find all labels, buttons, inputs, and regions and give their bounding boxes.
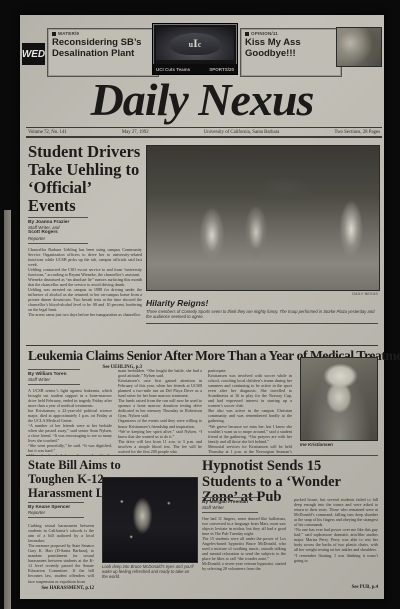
uic-cap-photo: uIc (156, 27, 234, 60)
teaser-thumbnail-photo (336, 27, 382, 67)
comedy-caption-title: Hilarity Reigns! (146, 298, 378, 308)
teaser-sports[interactable]: uIc UCI Cuts Teams SPORTS/20 (152, 23, 238, 75)
teaser-water-title: Reconsidering SB’s Desalination Plant (52, 38, 154, 59)
story-uehling: Student Drivers Take Uehling to ‘Officia… (28, 143, 142, 370)
leukemia-col3: participate. Kristiansen was involved wi… (208, 368, 292, 456)
teaser-water[interactable]: WATER/9 Reconsidering SB’s Desalination … (47, 28, 159, 77)
harassment-body: Curbing sexual harassment between studen… (28, 523, 94, 585)
leukemia-col2: main bedridden. “She fought the battle, … (118, 368, 202, 456)
pub-col1: By Morgan Freeman Staff Writer One had 1… (202, 495, 286, 592)
masthead-title: Daily Nexus (20, 77, 384, 123)
dateline-bar: Volume 72, No. 141 May 27, 1992 Universi… (26, 127, 382, 138)
divider-rule (146, 323, 378, 324)
comedy-caption: Three members of Comedy Sports seem to t… (146, 309, 378, 319)
portrait-caption: Ine Kristiansen (300, 442, 376, 447)
divider-rule (26, 345, 378, 346)
dateline-university: University of California, Santa Barbara (204, 130, 280, 135)
teaser-opinion-kicker: OPINION/11 (251, 31, 278, 36)
kristiansen-portrait-photo (300, 357, 378, 441)
leukemia-byline: By William Toren Staff Writer (28, 369, 80, 385)
paper-edge (4, 210, 11, 609)
dateline-volume: Volume 72, No. 141 (28, 130, 67, 135)
hypnotist-caption: Look deep into Bruce McDonald’s eyes and… (102, 564, 196, 579)
pub-byline: By Morgan Freeman Staff Writer (202, 497, 258, 513)
pub-col2: packed house, but several students faile… (294, 497, 378, 583)
day-tab: WED (22, 43, 45, 65)
photo-credit: DAILY NEXUS (146, 292, 378, 296)
harassment-byline: By Keane Spencer Reporter (28, 502, 84, 518)
section-bullet-icon (245, 32, 249, 36)
comedy-sports-photo (146, 145, 380, 291)
hypnotist-photo (102, 477, 198, 563)
teaser-sports-page: SPORTS/20 (209, 67, 234, 72)
day-tab-label: WED (22, 49, 45, 60)
cap-letters: uIc (156, 36, 234, 51)
newspaper-front-page: WED WATER/9 Reconsidering SB’s Desalinat… (20, 15, 384, 599)
divider-rule (26, 455, 378, 456)
harassment-jump-line[interactable]: See HARASSMENT, p.12 (28, 586, 94, 591)
uehling-headline: Student Drivers Take Uehling to ‘Officia… (28, 143, 142, 215)
teaser-opinion-title: Kiss My Ass Goodbye!!! (245, 38, 337, 59)
teaser-water-kicker: WATER/9 (58, 31, 79, 36)
dateline-sections: Two Sections, 28 Pages (334, 130, 380, 135)
section-bullet-icon (52, 32, 56, 36)
leukemia-col1: By William Toren Staff Writer A UCSB sen… (28, 367, 112, 456)
teaser-sports-title: UCI Cuts Teams (156, 67, 190, 72)
teaser-opinion[interactable]: OPINION/11 Kiss My Ass Goodbye!!! (240, 28, 342, 77)
dateline-date: May 27, 1992 (122, 130, 149, 135)
uehling-byline: By Joanna Frazier Staff Writer, and Scot… (28, 217, 88, 244)
pub-jump-line[interactable]: See PUB, p.4 (294, 585, 378, 590)
